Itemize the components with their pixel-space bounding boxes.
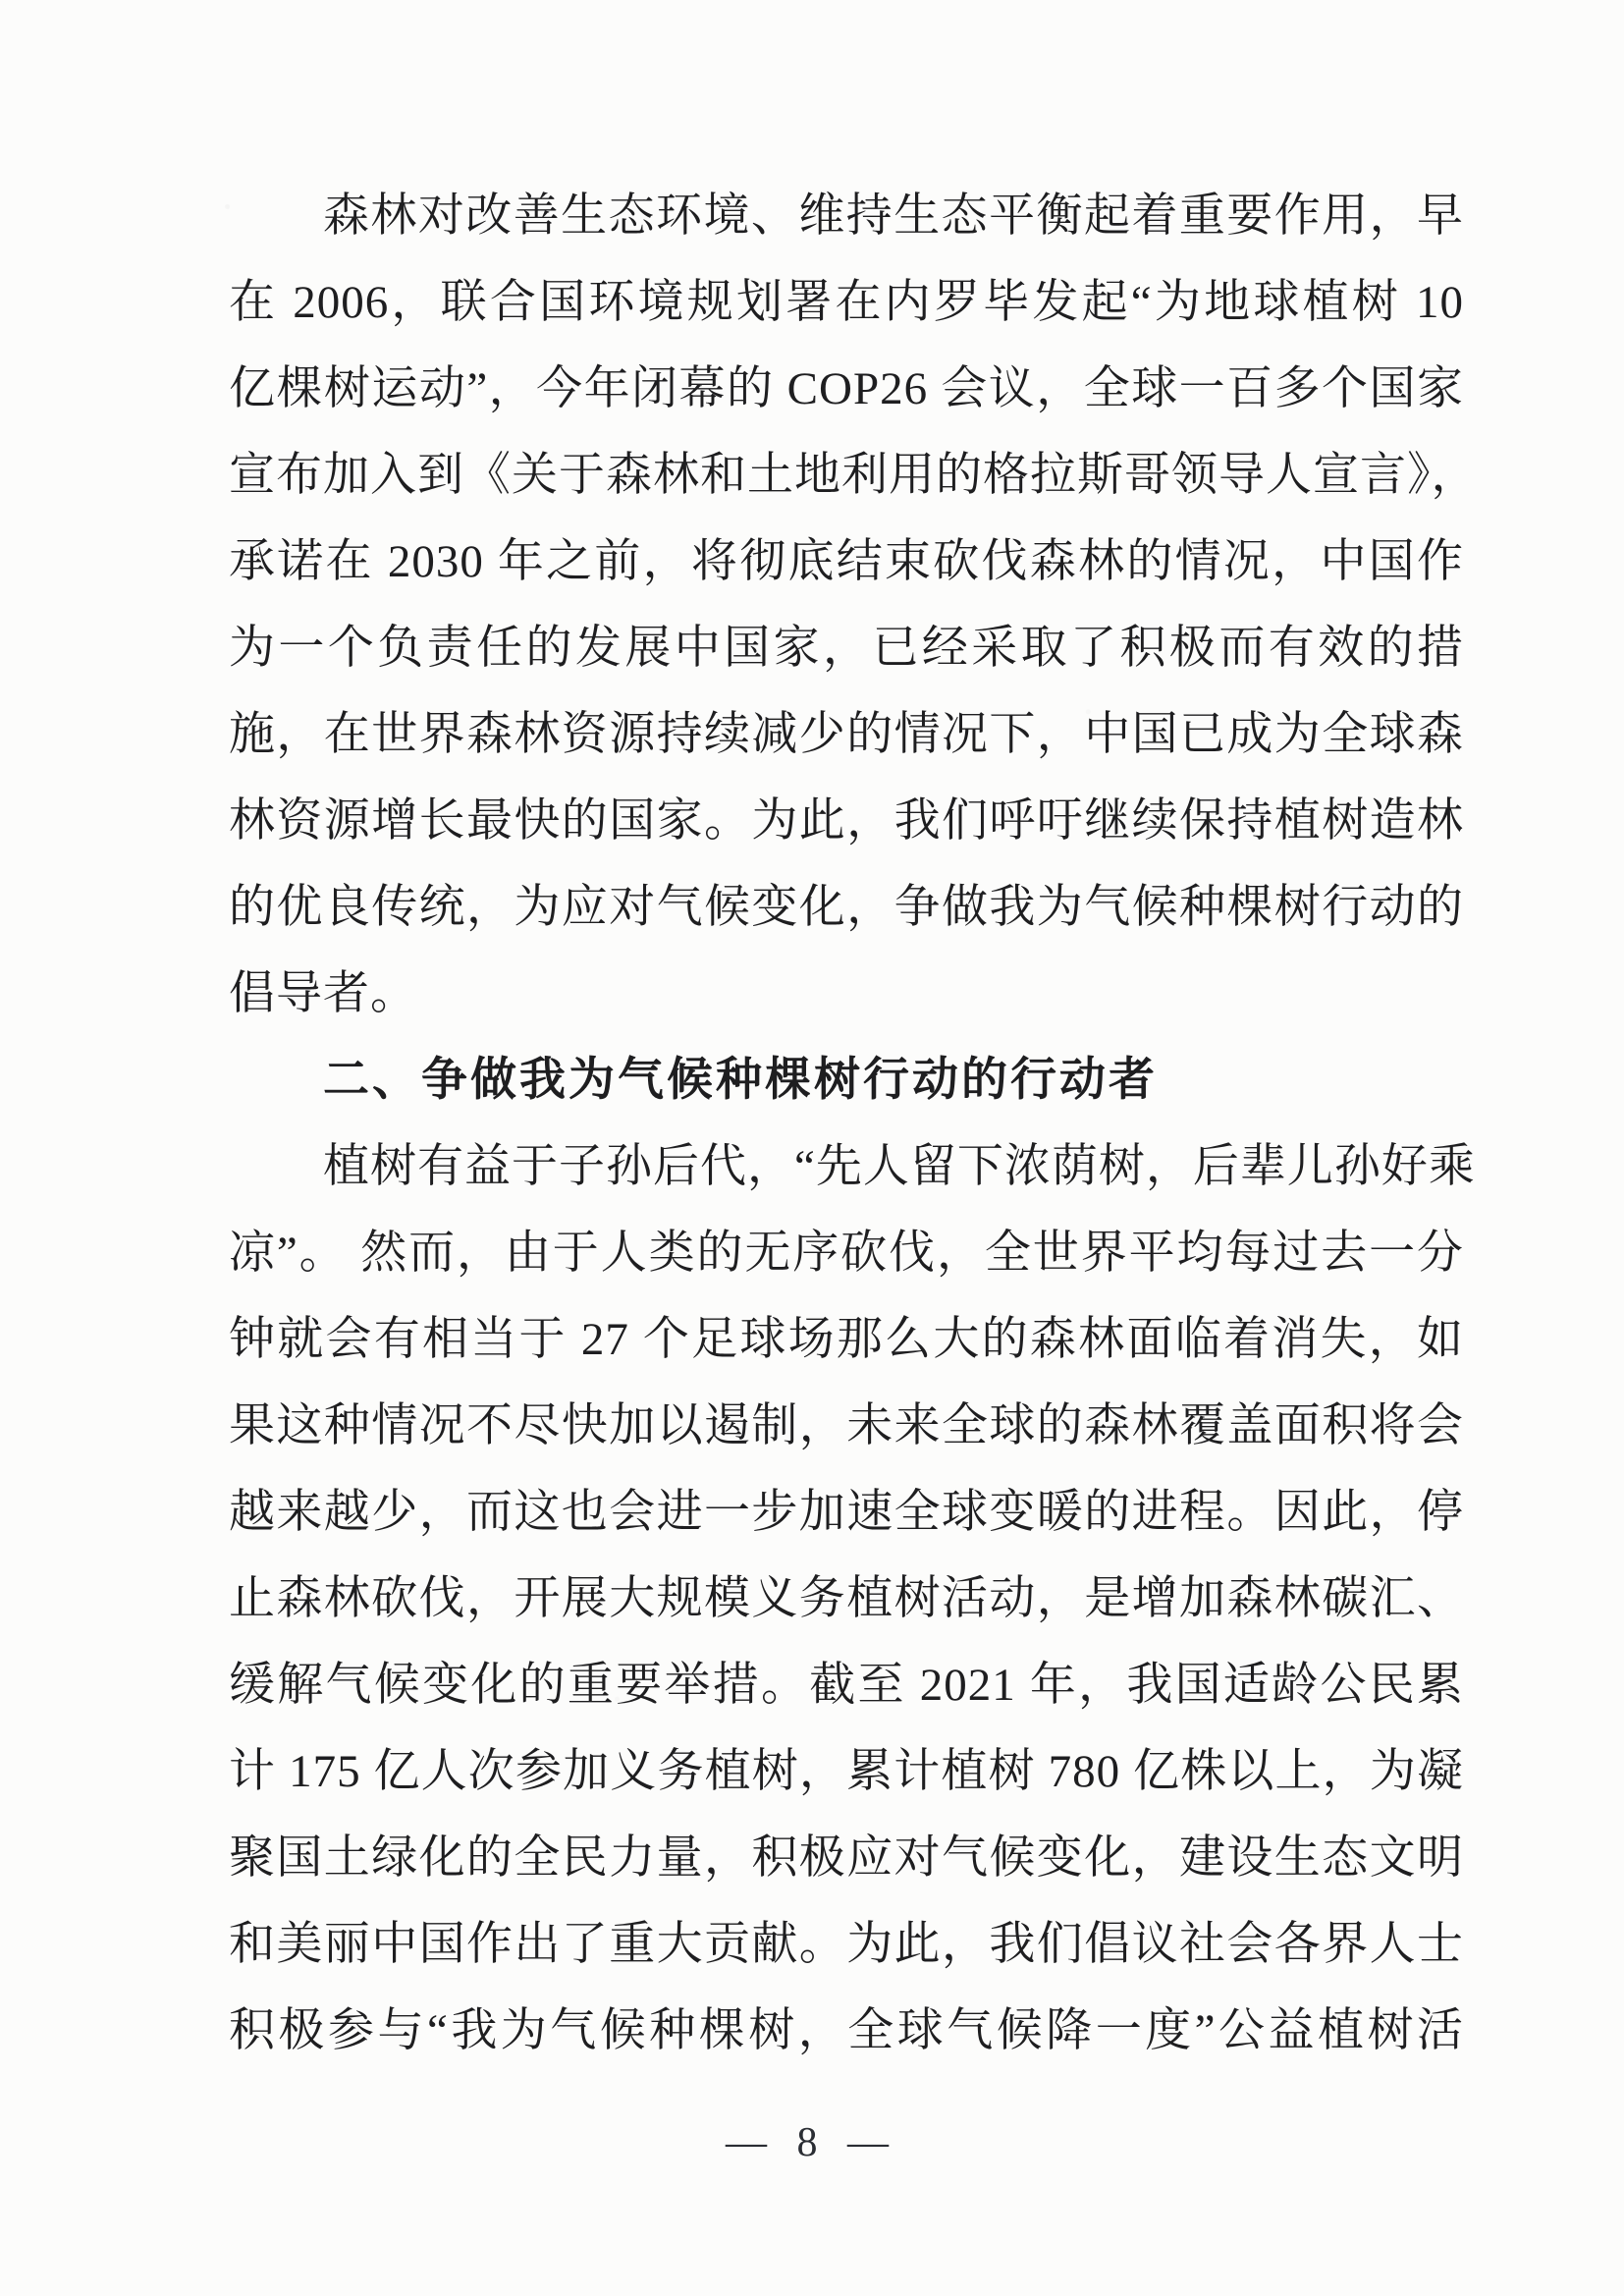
text-line: 森林对改善生态环境、维持生态平衡起着重要作用，早 [229,173,1464,259]
text-line: 止森林砍伐，开展大规模义务植树活动，是增加森林碳汇、 [229,1556,1464,1642]
text-line: 的优良传统，为应对气候变化，争做我为气候种棵树行动的 [229,864,1464,951]
text-line: 林资源增长最快的国家。为此，我们呼吁继续保持植树造林 [229,778,1464,864]
text-line: 亿棵树运动”，今年闭幕的 COP26 会议，全球一百多个国家 [229,346,1464,432]
text-line: 承诺在 2030 年之前，将彻底结束砍伐森林的情况，中国作 [229,519,1464,605]
text-line: 积极参与“我为气候种棵树，全球气候降一度”公益植树活 [229,1988,1464,2074]
text-line: 施，在世界森林资源持续减少的情况下，中国已成为全球森 [229,691,1464,778]
text-line: 宣布加入到《关于森林和土地利用的格拉斯哥领导人宣言》， [229,432,1464,519]
text-line: 钟就会有相当于 27 个足球场那么大的森林面临着消失，如 [229,1296,1464,1383]
page-number: — 8 — [0,2119,1624,2166]
section-heading: 二、争做我为气候种棵树行动的行动者 [229,1037,1464,1123]
text-line: 凉”。 然而，由于人类的无序砍伐，全世界平均每过去一分 [229,1210,1464,1296]
text-line: 越来越少，而这也会进一步加速全球变暖的进程。因此，停 [229,1469,1464,1556]
text-line: 倡导者。 [229,951,1464,1037]
text-line: 植树有益于子孙后代，“先人留下浓荫树，后辈儿孙好乘 [229,1123,1464,1210]
text-line: 和美丽中国作出了重大贡献。为此，我们倡议社会各界人士 [229,1901,1464,1988]
text-line: 缓解气候变化的重要举措。截至 2021 年，我国适龄公民累 [229,1642,1464,1728]
text-line: 聚国土绿化的全民力量，积极应对气候变化，建设生态文明 [229,1815,1464,1901]
document-body: 森林对改善生态环境、维持生态平衡起着重要作用，早在 2006，联合国环境规划署在… [229,173,1464,2074]
text-line: 为一个负责任的发展中国家，已经采取了积极而有效的措 [229,605,1464,691]
scanned-document-page: 森林对改善生态环境、维持生态平衡起着重要作用，早在 2006，联合国环境规划署在… [0,0,1624,2296]
text-line: 在 2006，联合国环境规划署在内罗毕发起“为地球植树 10 [229,259,1464,346]
text-line: 计 175 亿人次参加义务植树，累计植树 780 亿株以上，为凝 [229,1728,1464,1815]
text-line: 果这种情况不尽快加以遏制，未来全球的森林覆盖面积将会 [229,1383,1464,1469]
